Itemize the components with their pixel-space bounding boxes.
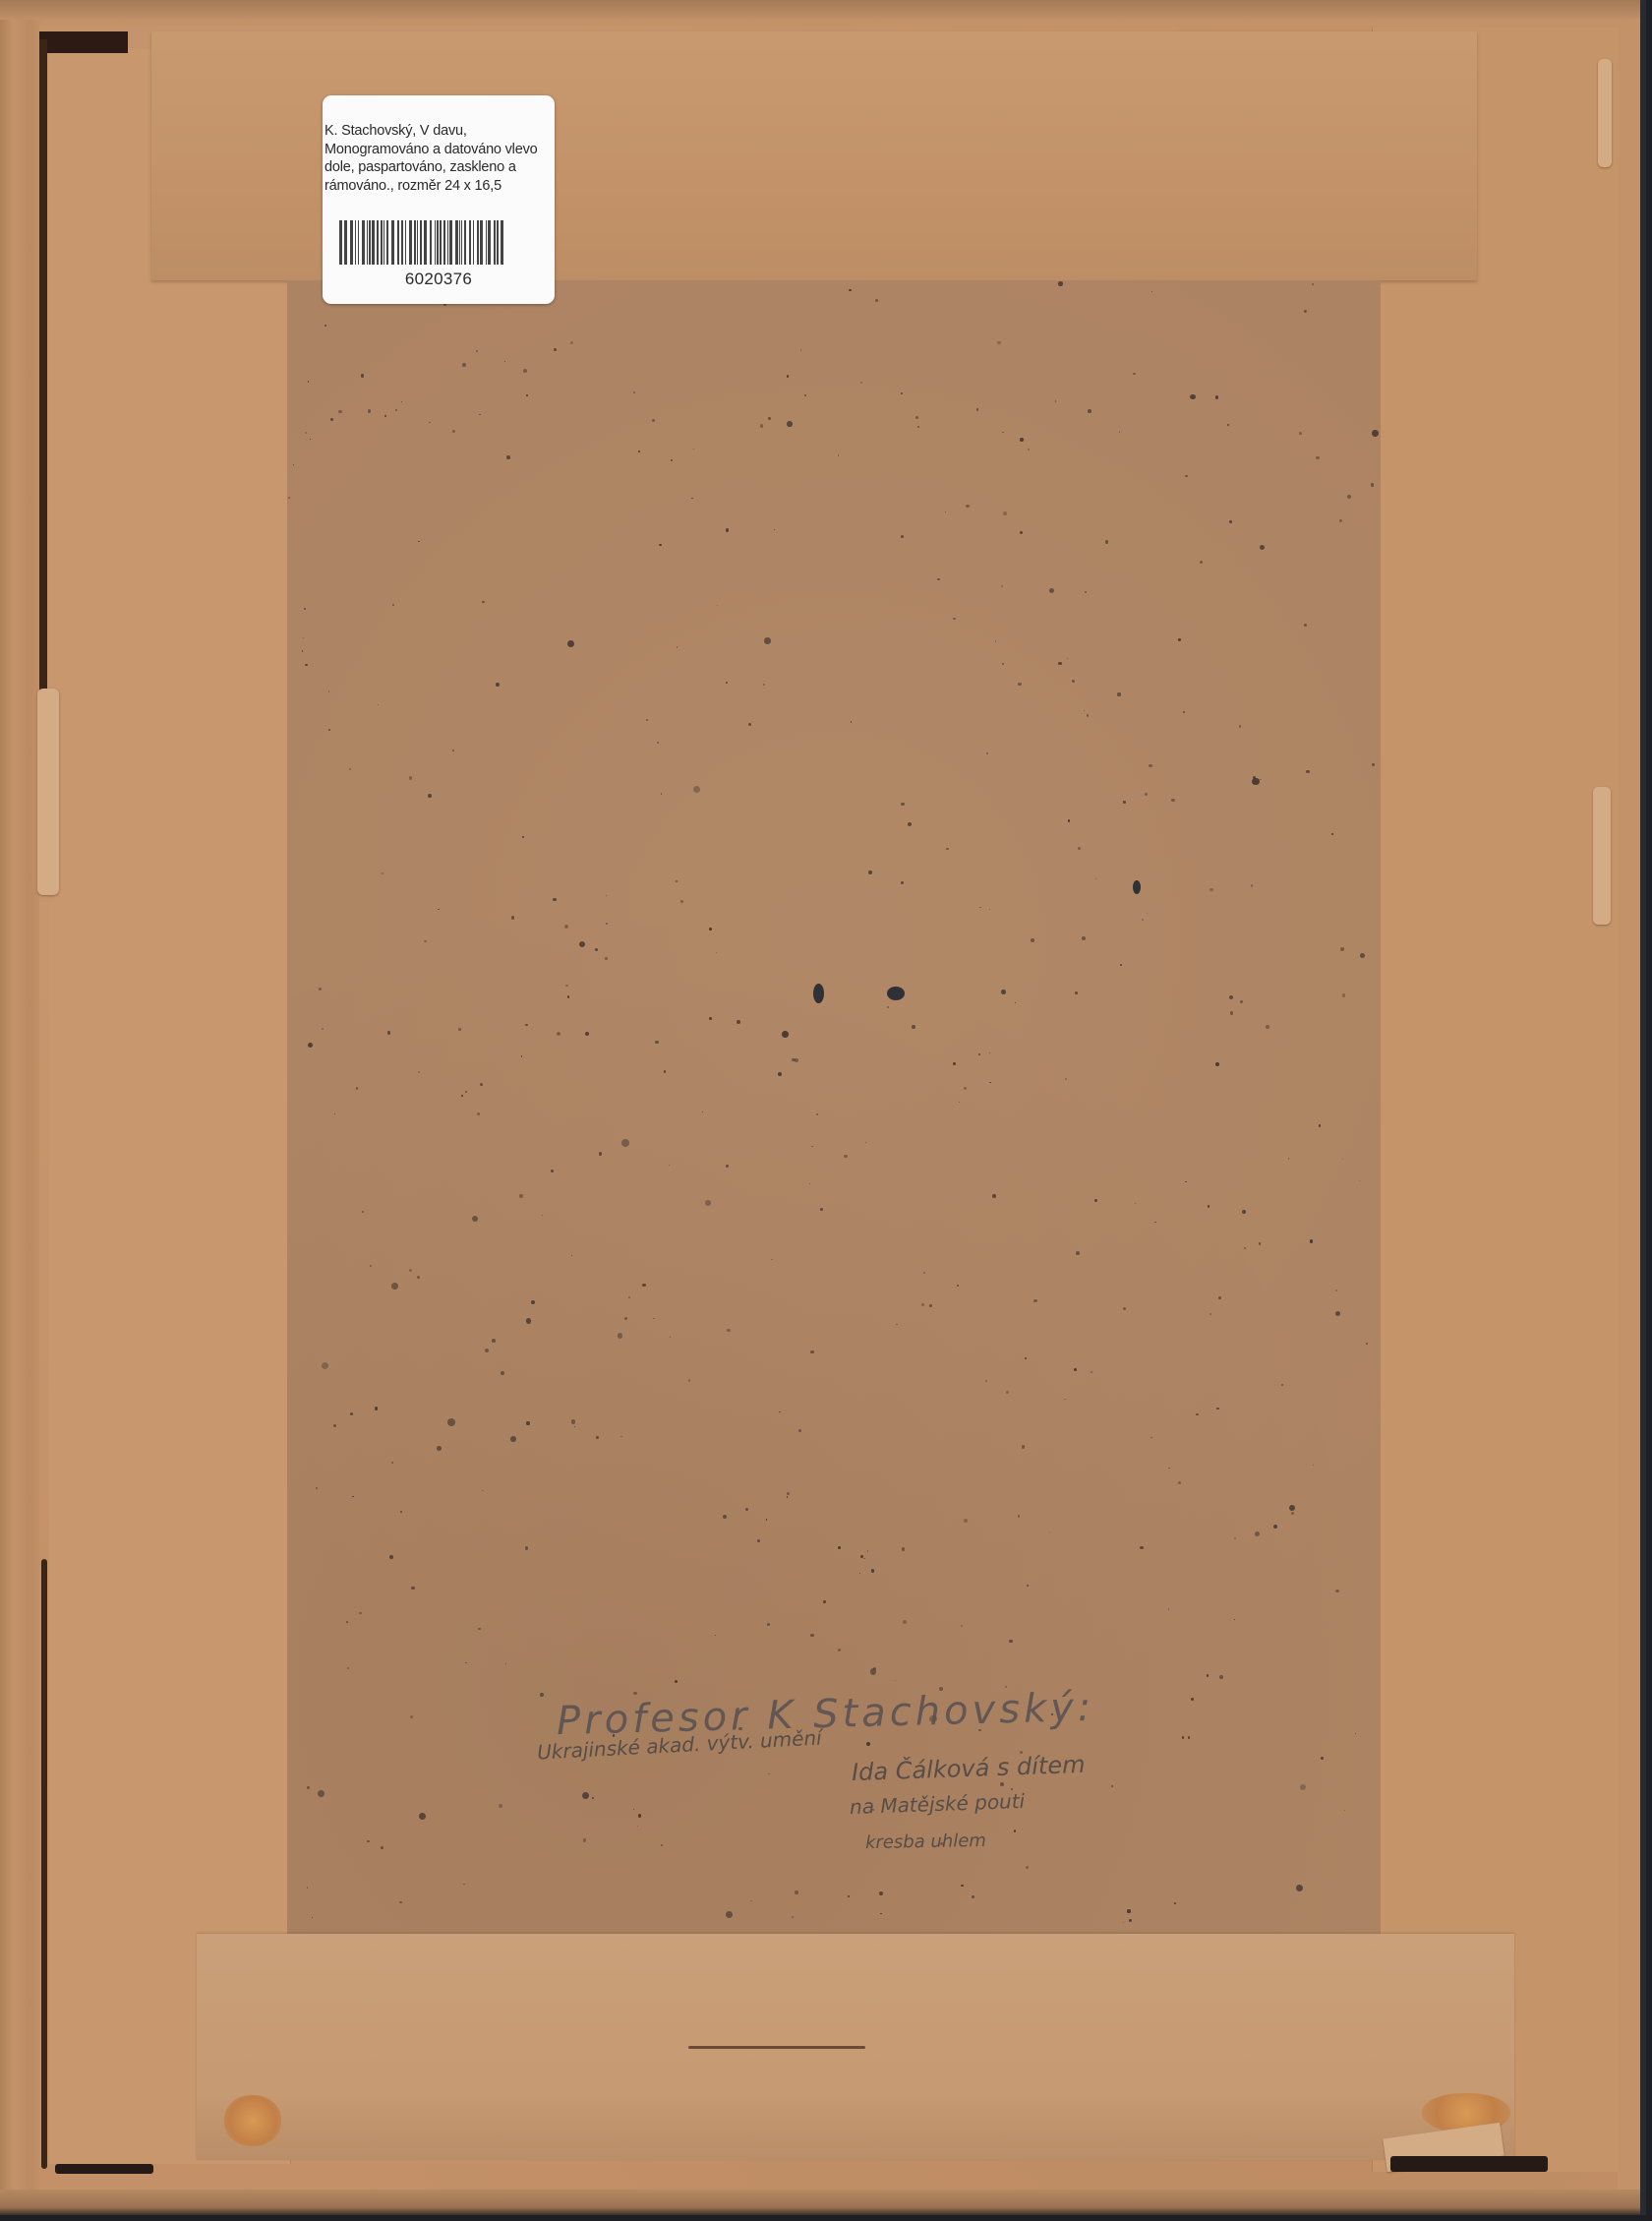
- speck: [370, 1265, 372, 1267]
- speck: [307, 1786, 309, 1788]
- speck: [359, 1612, 362, 1615]
- speck: [523, 369, 527, 373]
- speck: [1266, 1025, 1268, 1028]
- speck: [1273, 1525, 1277, 1529]
- speck: [303, 637, 304, 638]
- speck: [1342, 1159, 1343, 1160]
- barcode-bar: [377, 220, 379, 265]
- speck: [472, 1216, 478, 1222]
- speck: [1310, 1239, 1313, 1242]
- speck: [792, 1916, 794, 1918]
- speck: [953, 618, 955, 620]
- speck: [1003, 511, 1007, 515]
- speck: [726, 1165, 729, 1168]
- speck: [901, 535, 904, 538]
- speck: [567, 995, 569, 997]
- barcode-bar: [501, 220, 503, 265]
- speck: [1234, 1619, 1236, 1621]
- speck: [779, 1411, 780, 1412]
- speck: [1015, 1002, 1016, 1003]
- speck: [293, 464, 294, 465]
- speck: [328, 690, 330, 692]
- speck: [1105, 540, 1108, 543]
- speck: [551, 1170, 554, 1172]
- speck: [1168, 1468, 1169, 1469]
- speck: [868, 870, 872, 874]
- speck: [795, 1891, 798, 1894]
- barcode-bar: [362, 220, 365, 265]
- speck: [717, 605, 718, 606]
- speck: [997, 341, 1000, 344]
- speck: [362, 1211, 364, 1213]
- speck: [989, 909, 990, 910]
- barcode: [339, 220, 508, 265]
- speck: [542, 1215, 544, 1217]
- speck: [392, 604, 394, 606]
- speck: [400, 1511, 401, 1512]
- speck: [395, 409, 397, 411]
- speck: [1067, 658, 1068, 659]
- speck: [1065, 1078, 1068, 1081]
- speck: [526, 394, 528, 396]
- speck: [727, 1329, 730, 1332]
- speck: [557, 1032, 560, 1036]
- speck: [879, 1891, 883, 1895]
- speck: [1018, 1515, 1020, 1517]
- speck: [521, 1055, 523, 1057]
- speck: [810, 1634, 814, 1638]
- speck: [628, 1296, 630, 1298]
- speck: [417, 1276, 420, 1279]
- barcode-bar: [488, 220, 491, 265]
- speck: [567, 640, 575, 648]
- barcode-bar: [367, 220, 368, 265]
- speck: [574, 1426, 575, 1427]
- barcode-bar: [381, 220, 383, 265]
- speck: [1255, 1531, 1260, 1536]
- speck: [382, 872, 383, 874]
- speck: [1133, 373, 1135, 375]
- speck: [333, 1424, 336, 1427]
- speck: [1058, 662, 1062, 666]
- speck: [838, 454, 840, 456]
- speck: [347, 1667, 349, 1669]
- speck: [1306, 770, 1310, 774]
- frame-top-edge: [0, 0, 1640, 20]
- speck: [375, 1407, 379, 1411]
- speck: [723, 1515, 727, 1519]
- speck: [1171, 799, 1175, 803]
- speck: [511, 916, 514, 919]
- speck: [675, 1680, 678, 1683]
- speck: [961, 1625, 963, 1627]
- barcode-bar: [397, 220, 399, 265]
- speck: [1312, 283, 1314, 285]
- speck: [505, 1663, 506, 1664]
- speck: [771, 1259, 773, 1261]
- speck: [953, 1062, 956, 1065]
- speck: [838, 1649, 841, 1651]
- speck: [715, 1635, 716, 1636]
- barcode-bar: [437, 220, 439, 265]
- speck: [606, 923, 608, 925]
- speck: [564, 925, 568, 929]
- speck: [318, 1790, 324, 1797]
- barcode-bar: [405, 220, 406, 265]
- speck: [1120, 964, 1122, 966]
- ink-spot: [887, 987, 905, 1000]
- speck: [691, 498, 693, 500]
- speck: [391, 1283, 398, 1290]
- barcode-bar: [401, 220, 403, 265]
- speck: [1218, 1296, 1221, 1299]
- speck: [338, 410, 342, 414]
- speck: [1020, 438, 1024, 442]
- speck: [1142, 919, 1144, 921]
- speck: [1239, 725, 1241, 727]
- speck: [1027, 1585, 1029, 1587]
- speck: [429, 422, 430, 423]
- top-left-gap: [39, 31, 128, 53]
- speck: [887, 1006, 889, 1008]
- speck: [763, 684, 765, 686]
- speck: [1371, 483, 1374, 486]
- speck: [798, 1429, 801, 1432]
- speck: [896, 1324, 897, 1325]
- speck: [1215, 395, 1218, 398]
- torn-paper-flap-top-right: [1598, 59, 1612, 167]
- speck: [452, 430, 455, 433]
- label-line-2: Monogramováno a datováno vlevo: [324, 141, 553, 159]
- speck: [1085, 591, 1087, 593]
- speck: [726, 1911, 733, 1918]
- speck: [1087, 714, 1090, 717]
- speck: [757, 1539, 760, 1542]
- speck: [1058, 281, 1062, 285]
- speck: [1331, 833, 1333, 835]
- speck: [352, 1496, 354, 1498]
- speck: [787, 375, 790, 378]
- speck: [1025, 1357, 1027, 1359]
- ink-spot: [1133, 880, 1141, 894]
- speck: [964, 1519, 968, 1523]
- speck: [334, 1113, 335, 1114]
- speck: [1188, 1736, 1190, 1738]
- speck: [860, 382, 862, 384]
- speck: [638, 450, 640, 452]
- speck: [1009, 1640, 1012, 1643]
- speck: [959, 1102, 960, 1103]
- speck: [1335, 1290, 1337, 1291]
- speck: [1209, 1313, 1211, 1315]
- speck: [1321, 1757, 1324, 1760]
- speck: [726, 528, 729, 531]
- speck: [908, 822, 912, 826]
- speck: [921, 1303, 924, 1306]
- speck: [795, 1058, 798, 1062]
- speck: [923, 1272, 925, 1274]
- speck: [585, 1032, 589, 1036]
- speck: [485, 1349, 489, 1352]
- speck: [1150, 1437, 1152, 1439]
- speck: [428, 794, 432, 798]
- speck: [624, 1317, 627, 1320]
- speck: [1095, 878, 1097, 880]
- speck: [810, 1351, 813, 1353]
- barcode-bar: [414, 220, 416, 265]
- speck: [595, 948, 598, 951]
- speck: [1260, 545, 1265, 550]
- speck: [1127, 1909, 1130, 1912]
- speck: [526, 1421, 530, 1425]
- speck: [1117, 692, 1120, 695]
- speck: [410, 1715, 413, 1718]
- speck: [859, 1573, 861, 1575]
- speck: [409, 776, 413, 780]
- speck: [501, 1371, 504, 1375]
- speck: [1006, 1391, 1008, 1393]
- speck: [979, 907, 980, 908]
- speck: [522, 836, 524, 838]
- speck: [367, 1840, 369, 1842]
- torn-paper-flap: [37, 689, 59, 895]
- speck: [496, 683, 500, 687]
- speck: [308, 381, 310, 383]
- speck: [1347, 495, 1351, 499]
- barcode-bar: [430, 220, 432, 265]
- speck: [346, 1621, 348, 1623]
- speck: [966, 505, 970, 509]
- speck: [1111, 1785, 1113, 1787]
- speck: [1342, 993, 1345, 996]
- inventory-label: K. Stachovský, V davu, Monogramováno a d…: [323, 95, 555, 304]
- speck: [307, 1887, 308, 1888]
- barcode-bar: [391, 220, 394, 265]
- speck: [424, 940, 427, 943]
- speck: [525, 1546, 529, 1550]
- speck: [349, 768, 351, 770]
- speck: [688, 1379, 690, 1381]
- speck: [1253, 776, 1256, 779]
- barcode-bar: [339, 220, 342, 265]
- speck: [477, 1112, 480, 1115]
- speck: [1299, 432, 1302, 435]
- speck: [1207, 1674, 1209, 1676]
- speck: [848, 1895, 850, 1897]
- speck: [1200, 561, 1203, 564]
- speck: [1151, 291, 1152, 292]
- speck: [571, 1255, 572, 1256]
- speck: [1360, 953, 1365, 958]
- speck: [1229, 995, 1233, 999]
- speck: [633, 391, 635, 393]
- speck: [901, 803, 904, 806]
- barcode-bar: [455, 220, 458, 265]
- speck: [1074, 1368, 1077, 1371]
- barcode-bar: [417, 220, 418, 265]
- speck: [463, 1884, 464, 1885]
- speck: [1230, 1011, 1234, 1015]
- speck: [1182, 1736, 1184, 1738]
- speck: [1026, 1866, 1030, 1870]
- bottom-left-gap: [55, 2164, 153, 2174]
- speck: [1033, 1299, 1036, 1302]
- speck: [964, 1087, 967, 1090]
- speck: [1075, 991, 1078, 994]
- speck: [1304, 310, 1307, 313]
- ink-spot: [813, 984, 824, 1003]
- speck: [976, 408, 978, 410]
- barcode-bar: [469, 220, 471, 265]
- barcode-bar: [355, 220, 356, 265]
- speck: [1076, 1251, 1080, 1255]
- speck: [787, 1496, 788, 1497]
- speck: [1028, 449, 1031, 451]
- speck: [901, 392, 903, 394]
- speck: [570, 341, 573, 344]
- speck: [866, 1742, 870, 1746]
- speck: [1091, 1371, 1092, 1373]
- speck: [418, 1071, 421, 1074]
- speck: [312, 1917, 313, 1918]
- right-paper-strip: [1372, 28, 1619, 2172]
- backing-panel: [287, 280, 1381, 1934]
- speck: [652, 419, 656, 423]
- speck: [716, 952, 717, 953]
- speck: [946, 848, 949, 851]
- speck: [361, 374, 365, 378]
- speck: [368, 409, 372, 413]
- speck: [582, 1792, 590, 1800]
- speck: [1078, 847, 1081, 850]
- speck: [322, 1362, 328, 1369]
- speck: [676, 880, 678, 882]
- speck: [401, 401, 402, 402]
- speck: [1319, 1124, 1321, 1126]
- speck: [1335, 1311, 1341, 1317]
- speck: [384, 415, 386, 417]
- barcode-bar: [383, 220, 384, 265]
- speck: [437, 1446, 442, 1451]
- speck: [787, 421, 792, 426]
- barcode-bar: [473, 220, 474, 265]
- speck: [992, 1194, 996, 1198]
- speck: [1123, 801, 1125, 803]
- speck: [1191, 1698, 1194, 1701]
- speck: [677, 646, 678, 647]
- speck: [328, 729, 330, 731]
- speck: [1196, 1413, 1199, 1416]
- speck: [447, 1418, 455, 1426]
- speck: [605, 957, 607, 959]
- speck: [330, 418, 333, 421]
- speck: [583, 1838, 586, 1841]
- speck: [657, 742, 659, 744]
- speck: [1001, 585, 1003, 587]
- label-line-1: K. Stachovský, V davu,: [324, 122, 553, 141]
- barcode-bar: [386, 220, 388, 265]
- speck: [917, 426, 919, 428]
- speck: [1145, 793, 1148, 796]
- speck: [1209, 888, 1212, 891]
- speck: [482, 1490, 484, 1492]
- speck: [499, 1804, 502, 1808]
- speck: [1123, 1307, 1126, 1310]
- speck: [768, 1773, 770, 1775]
- speck: [476, 350, 478, 352]
- speck: [482, 601, 485, 604]
- speck: [554, 348, 557, 351]
- speck: [322, 1028, 324, 1030]
- speck: [531, 1300, 535, 1304]
- speck: [462, 363, 466, 367]
- inscription-medium: kresba uhlem: [865, 1831, 986, 1853]
- speck: [875, 299, 878, 302]
- barcode-bar: [464, 220, 466, 265]
- speck: [1234, 1537, 1236, 1539]
- speck: [409, 1269, 412, 1272]
- speck: [1001, 990, 1006, 994]
- speck: [310, 439, 311, 440]
- paper-crease: [688, 2046, 865, 2049]
- barcode-bar: [449, 220, 452, 265]
- speck: [1289, 1505, 1295, 1511]
- speck: [646, 719, 648, 721]
- speck: [356, 1087, 359, 1090]
- speck: [638, 1814, 642, 1818]
- speck: [811, 1146, 812, 1147]
- barcode-bar: [435, 220, 436, 265]
- speck: [642, 1284, 646, 1288]
- speck: [867, 1550, 869, 1552]
- speck: [1229, 520, 1232, 523]
- speck: [381, 1846, 383, 1849]
- speck: [1082, 936, 1086, 940]
- frame-bottom-edge: [0, 2190, 1640, 2215]
- speck: [838, 1546, 841, 1549]
- speck: [1135, 1203, 1136, 1204]
- speck: [903, 1620, 907, 1624]
- speck: [302, 650, 304, 652]
- speck: [748, 723, 751, 726]
- speck: [579, 941, 585, 947]
- speck: [350, 1412, 353, 1415]
- barcode-bar: [477, 220, 479, 265]
- speck: [1154, 1222, 1156, 1224]
- speck: [324, 325, 326, 327]
- speck: [1344, 1810, 1345, 1811]
- label-line-4: rámováno., rozměr 24 x 16,5: [324, 177, 553, 196]
- speck: [863, 1558, 865, 1560]
- speck: [525, 1024, 528, 1027]
- barcode-bar: [358, 220, 359, 265]
- speck: [1251, 884, 1253, 886]
- speck: [978, 1053, 980, 1055]
- barcode-bar: [480, 220, 483, 265]
- speck: [506, 455, 510, 459]
- speck: [957, 1285, 959, 1287]
- speck: [1084, 710, 1085, 711]
- speck: [438, 909, 440, 911]
- speck: [823, 1600, 826, 1603]
- barcode-bar: [409, 220, 412, 265]
- speck: [661, 793, 663, 795]
- speck: [599, 1152, 602, 1155]
- speck: [540, 1693, 544, 1697]
- speck: [945, 511, 947, 513]
- speck: [411, 1587, 415, 1591]
- speck: [1149, 764, 1152, 768]
